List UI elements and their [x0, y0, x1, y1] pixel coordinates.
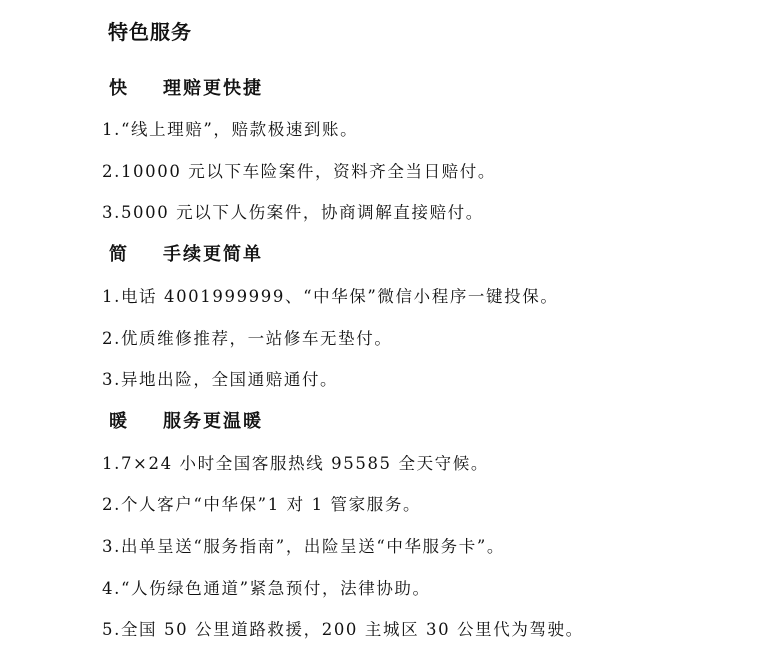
section-key: 简 — [109, 244, 163, 266]
section-key: 快 — [109, 78, 163, 100]
section-phrase: 理赔更快捷 — [163, 78, 263, 99]
list-item: 5.全国 50 公里道路救援，200 主城区 30 公里代为驾驶。 — [102, 619, 584, 641]
section-phrase: 服务更温暖 — [163, 411, 263, 432]
section-heading-warm: 暖服务更温暖 — [109, 411, 263, 433]
list-item: 3.异地出险，全国通赔通付。 — [102, 369, 338, 391]
section-phrase: 手续更简单 — [163, 244, 263, 265]
list-item: 4.“人伤绿色通道”紧急预付，法律协助。 — [102, 578, 431, 600]
section-heading-fast: 快理赔更快捷 — [109, 78, 263, 100]
list-item: 2.10000 元以下车险案件，资料齐全当日赔付。 — [102, 161, 496, 183]
list-item: 2.个人客户“中华保”1 对 1 管家服务。 — [102, 494, 421, 516]
section-key: 暖 — [109, 411, 163, 433]
page-title: 特色服务 — [108, 19, 192, 45]
list-item: 2.优质维修推荐，一站修车无垫付。 — [102, 328, 392, 350]
section-heading-simple: 简手续更简单 — [109, 244, 263, 266]
document-page: 特色服务 快理赔更快捷 1.“线上理赔”，赔款极速到账。 2.10000 元以下… — [0, 0, 782, 654]
list-item: 1.“线上理赔”，赔款极速到账。 — [102, 119, 358, 141]
list-item: 3.5000 元以下人伤案件，协商调解直接赔付。 — [102, 202, 484, 224]
list-item: 1.7×24 小时全国客服热线 95585 全天守候。 — [102, 453, 489, 475]
list-item: 1.电话 4001999999、“中华保”微信小程序一键投保。 — [102, 286, 558, 308]
list-item: 3.出单呈送“服务指南”，出险呈送“中华服务卡”。 — [102, 536, 505, 558]
